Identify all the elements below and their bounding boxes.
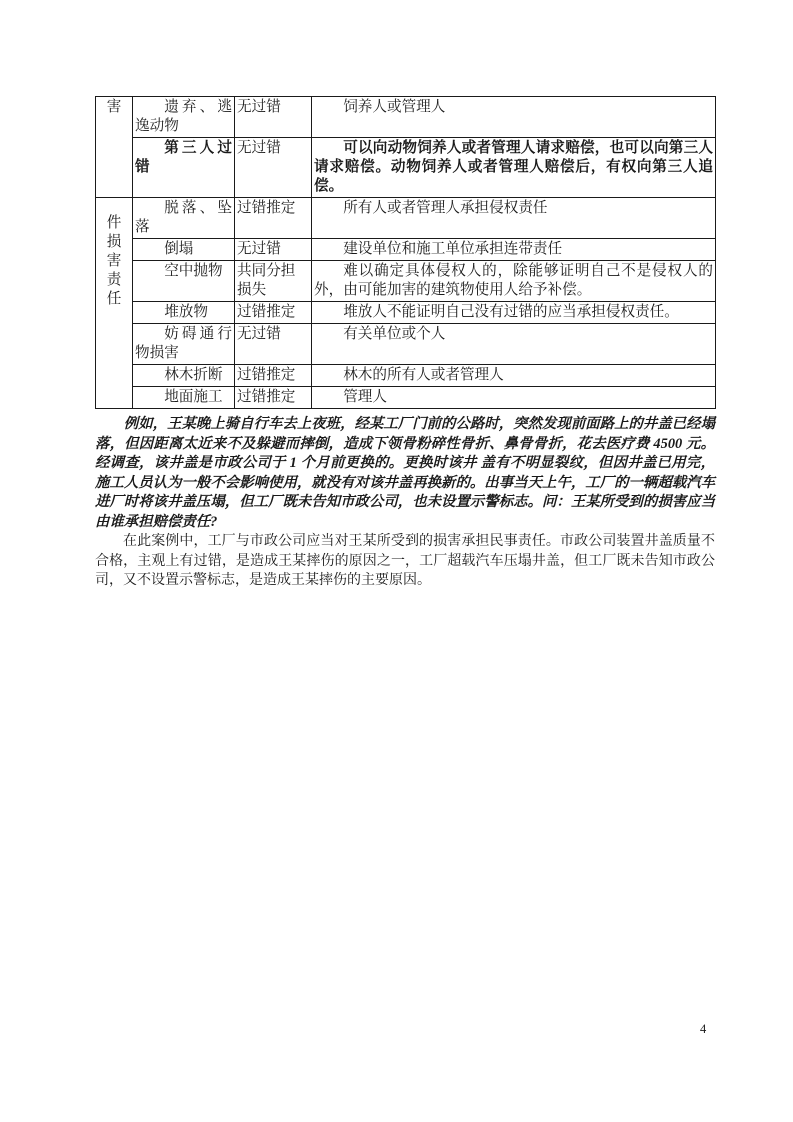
- table-row: 倒塌 无过错 建设单位和施工单位承担连带责任: [96, 239, 716, 261]
- page-number: 4: [700, 1022, 706, 1037]
- basis-cell: 过错推定: [235, 198, 312, 239]
- group-label: 件损害责任: [107, 214, 122, 309]
- category-cell: 林木折断: [133, 365, 235, 387]
- basis-cell: 无过错: [235, 97, 312, 138]
- table-row: 害 遗弃、逃逸动物 无过错 饲养人或管理人: [96, 97, 716, 138]
- liability-cell: 所有人或者管理人承担侵权责任: [312, 198, 716, 239]
- category-cell: 第三人过错: [133, 138, 235, 198]
- basis-cell: 过错推定: [235, 302, 312, 324]
- example-paragraph: 例如，王某晚上骑自行车去上夜班，经某工厂门前的公路时，突然发现前面路上的井盖已经…: [95, 415, 715, 532]
- category-cell: 地面施工: [133, 387, 235, 409]
- category-cell: 倒塌: [133, 239, 235, 261]
- category-cell: 空中抛物: [133, 261, 235, 302]
- table-row: 妨碍通行物损害 无过错 有关单位或个人: [96, 324, 716, 365]
- liability-cell: 难以确定具体侵权人的，除能够证明自己不是侵权人的外，由可能加害的建筑物使用人给予…: [312, 261, 716, 302]
- answer-paragraph: 在此案例中，工厂与市政公司应当对王某所受到的损害承担民事责任。市政公司装置井盖质…: [95, 532, 715, 591]
- table-row: 第三人过错 无过错 可以向动物饲养人或者管理人请求赔偿，也可以向第三人请求赔偿。…: [96, 138, 716, 198]
- liability-cell: 林木的所有人或者管理人: [312, 365, 716, 387]
- group-label-cell: 害: [96, 97, 133, 198]
- liability-cell: 饲养人或管理人: [312, 97, 716, 138]
- liability-cell: 有关单位或个人: [312, 324, 716, 365]
- table-row: 林木折断 过错推定 林木的所有人或者管理人: [96, 365, 716, 387]
- liability-cell: 堆放人不能证明自己没有过错的应当承担侵权责任。: [312, 302, 716, 324]
- document-page: 害 遗弃、逃逸动物 无过错 饲养人或管理人 第三人过错 无过错 可以向动物饲养人…: [0, 0, 793, 1122]
- category-cell: 堆放物: [133, 302, 235, 324]
- table-row: 堆放物 过错推定 堆放人不能证明自己没有过错的应当承担侵权责任。: [96, 302, 716, 324]
- basis-cell: 共同分担损失: [235, 261, 312, 302]
- category-cell: 遗弃、逃逸动物: [133, 97, 235, 138]
- basis-cell: 过错推定: [235, 387, 312, 409]
- liability-cell: 管理人: [312, 387, 716, 409]
- basis-cell: 无过错: [235, 239, 312, 261]
- liability-cell: 可以向动物饲养人或者管理人请求赔偿，也可以向第三人请求赔偿。动物饲养人或者管理人…: [312, 138, 716, 198]
- category-cell: 脱落、坠落: [133, 198, 235, 239]
- basis-cell: 无过错: [235, 138, 312, 198]
- liability-cell: 建设单位和施工单位承担连带责任: [312, 239, 716, 261]
- table-row: 件损害责任 脱落、坠落 过错推定 所有人或者管理人承担侵权责任: [96, 198, 716, 239]
- page-content: 害 遗弃、逃逸动物 无过错 饲养人或管理人 第三人过错 无过错 可以向动物饲养人…: [95, 96, 715, 591]
- basis-cell: 无过错: [235, 324, 312, 365]
- table-row: 空中抛物 共同分担损失 难以确定具体侵权人的，除能够证明自己不是侵权人的外，由可…: [96, 261, 716, 302]
- liability-table: 害 遗弃、逃逸动物 无过错 饲养人或管理人 第三人过错 无过错 可以向动物饲养人…: [95, 96, 716, 409]
- category-cell: 妨碍通行物损害: [133, 324, 235, 365]
- basis-cell: 过错推定: [235, 365, 312, 387]
- table-row: 地面施工 过错推定 管理人: [96, 387, 716, 409]
- group-label: 害: [107, 98, 122, 117]
- group-label-cell: 件损害责任: [96, 198, 133, 409]
